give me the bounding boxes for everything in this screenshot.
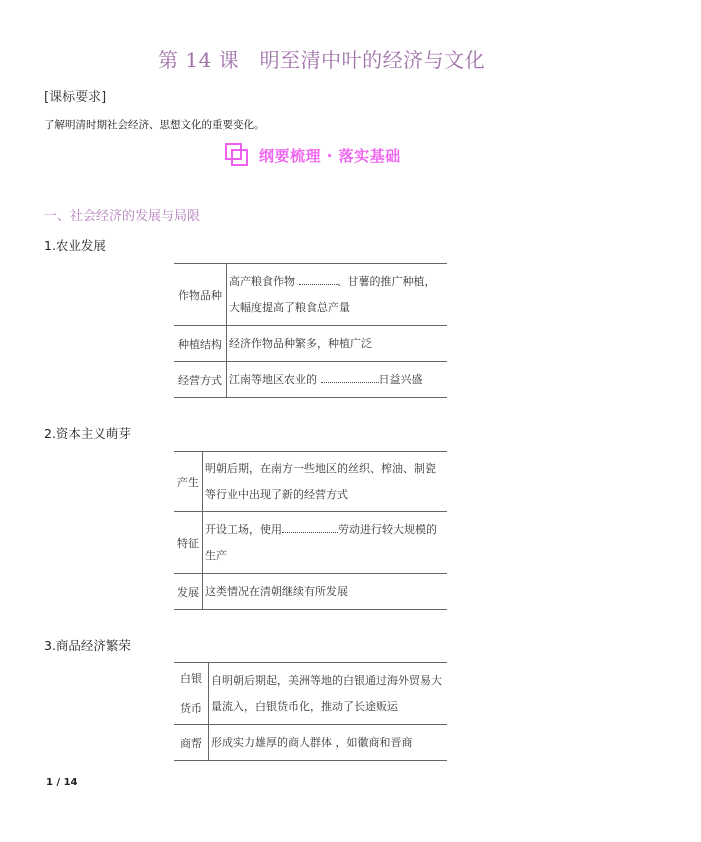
row-key: 作物品种 <box>174 264 227 326</box>
table-row: 经营方式 江南等地区农业的 日益兴盛 <box>174 362 447 398</box>
commerce-table: 白银货币 自明朝后期起，美洲等地的白银通过海外贸易大量流入，白银货币化，推动了长… <box>174 662 447 761</box>
row-value: 形成实力雄厚的商人群体 ，如徽商和晋商 <box>209 725 448 761</box>
agriculture-table: 作物品种 高产粮食作物 、甘薯的推广种植，大幅度提高了粮食总产量 种植结构 经济… <box>174 263 447 398</box>
row-value: 江南等地区农业的 日益兴盛 <box>227 362 448 398</box>
subheading-commerce: 3.商品经济繁荣 <box>44 636 131 654</box>
fill-blank <box>321 370 379 383</box>
table-row: 商帮 形成实力雄厚的商人群体 ，如徽商和晋商 <box>174 725 447 761</box>
table-row: 特征 开设工场，使用劳动进行较大规模的生产 <box>174 512 447 574</box>
lesson-title: 第 14 课 明至清中叶的经济与文化 <box>158 44 485 73</box>
row-value: 经济作物品种繁多，种植广泛 <box>227 326 448 362</box>
banner-text: 纲要梳理 · 落实基础 <box>259 145 401 166</box>
row-key: 发展 <box>174 574 203 610</box>
row-key: 白银货币 <box>174 663 209 725</box>
requirements-text: 了解明清时期社会经济、思想文化的重要变化。 <box>44 117 265 132</box>
row-value: 高产粮食作物 、甘薯的推广种植，大幅度提高了粮食总产量 <box>227 264 448 326</box>
table-row: 发展 这类情况在清朝继续有所发展 <box>174 574 447 610</box>
fill-blank <box>282 520 338 533</box>
section-heading: 一、社会经济的发展与局限 <box>44 205 200 224</box>
overlapping-squares-icon <box>225 143 249 167</box>
subheading-agriculture: 1.农业发展 <box>44 236 106 254</box>
row-value: 这类情况在清朝继续有所发展 <box>203 574 448 610</box>
page-indicator: 1 / 14 <box>46 777 78 788</box>
table-row: 产生 明朝后期，在南方一些地区的丝织、榨油、制瓷等行业中出现了新的经营方式 <box>174 452 447 512</box>
table-row: 作物品种 高产粮食作物 、甘薯的推广种植，大幅度提高了粮食总产量 <box>174 264 447 326</box>
table-row: 种植结构 经济作物品种繁多，种植广泛 <box>174 326 447 362</box>
requirements-label: [课标要求] <box>44 86 106 105</box>
row-key: 商帮 <box>174 725 209 761</box>
row-key: 经营方式 <box>174 362 227 398</box>
row-value: 自明朝后期起，美洲等地的白银通过海外贸易大量流入，白银货币化，推动了长途贩运 <box>209 663 448 725</box>
row-key: 产生 <box>174 452 203 512</box>
table-row: 白银货币 自明朝后期起，美洲等地的白银通过海外贸易大量流入，白银货币化，推动了长… <box>174 663 447 725</box>
row-value: 明朝后期，在南方一些地区的丝织、榨油、制瓷等行业中出现了新的经营方式 <box>203 452 448 512</box>
fill-blank <box>299 272 337 285</box>
subheading-capitalism: 2.资本主义萌芽 <box>44 424 131 442</box>
row-key: 种植结构 <box>174 326 227 362</box>
row-value: 开设工场，使用劳动进行较大规模的生产 <box>203 512 448 574</box>
row-key: 特征 <box>174 512 203 574</box>
capitalism-table: 产生 明朝后期，在南方一些地区的丝织、榨油、制瓷等行业中出现了新的经营方式 特征… <box>174 451 447 610</box>
outline-banner: 纲要梳理 · 落实基础 <box>225 143 401 167</box>
